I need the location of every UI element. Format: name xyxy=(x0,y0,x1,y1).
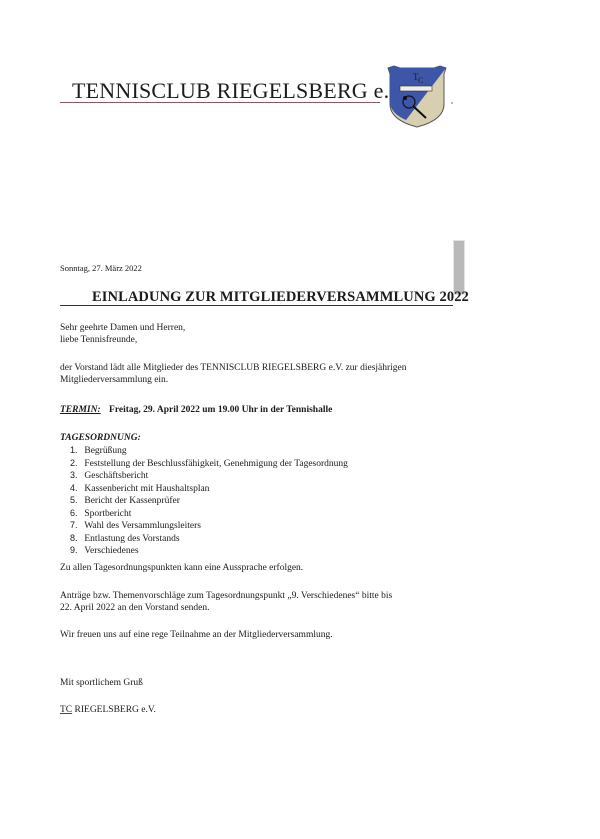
header-divider xyxy=(60,102,380,103)
salutation: Sehr geehrte Damen und Herren, liebe Ten… xyxy=(60,323,185,346)
signature-rest: RIEGELSBERG e.V. xyxy=(72,705,156,715)
proposals-line-1: Anträge bzw. Themenvorschläge zum Tageso… xyxy=(60,591,392,603)
agenda-item: 3. Geschäftsbericht xyxy=(70,470,348,483)
termin-value: Freitag, 29. April 2022 um 19.00 Uhr in … xyxy=(109,405,332,415)
termin-line: TERMIN: Freitag, 29. April 2022 um 19.00… xyxy=(60,405,332,415)
agenda-list: 1. Begrüßung 2. Feststellung der Beschlu… xyxy=(70,445,348,558)
agenda-label: TAGESORDNUNG: xyxy=(60,433,141,443)
agenda-item: 2. Feststellung der Beschlussfähigkeit, … xyxy=(70,458,348,471)
signature: TC RIEGELSBERG e.V. xyxy=(60,705,156,717)
agenda-item: 6. Sportbericht xyxy=(70,508,348,521)
agenda-item: 8. Entlastung des Vorstands xyxy=(70,533,348,546)
intro-line-2: Mitgliederversammlung ein. xyxy=(60,375,407,387)
salutation-line-1: Sehr geehrte Damen und Herren, xyxy=(60,323,185,335)
scrollbar-thumb[interactable] xyxy=(453,240,465,295)
salutation-line-2: liebe Tennisfreunde, xyxy=(60,335,185,347)
agenda-item: 9. Verschiedenes xyxy=(70,545,348,558)
signature-tc: TC xyxy=(60,705,72,715)
agenda-item: 5. Bericht der Kassenprüfer xyxy=(70,495,348,508)
intro-line-1: der Vorstand lädt alle Mitglieder des TE… xyxy=(60,363,407,375)
proposals-paragraph: Anträge bzw. Themenvorschläge zum Tageso… xyxy=(60,591,392,614)
proposals-line-2: 22. April 2022 an den Vorstand senden. xyxy=(60,603,392,615)
agenda-item: 1. Begrüßung xyxy=(70,445,348,458)
letter-title: EINLADUNG ZUR MITGLIEDERVERSAMMLUNG 2022 xyxy=(92,289,469,306)
title-divider xyxy=(60,305,453,306)
closing-note: Wir freuen uns auf eine rege Teilnahme a… xyxy=(60,630,333,642)
discussion-note: Zu allen Tagesordnungspunkten kann eine … xyxy=(60,563,303,575)
club-name-header: TENNISCLUB RIEGELSBERG e.V. xyxy=(72,78,408,104)
tennis-club-crest-icon: T C xyxy=(386,64,448,128)
svg-text:C: C xyxy=(418,76,423,85)
termin-label: TERMIN: xyxy=(60,405,101,415)
greeting: Mit sportlichem Gruß xyxy=(60,678,143,690)
intro-paragraph: der Vorstand lädt alle Mitglieder des TE… xyxy=(60,363,407,386)
agenda-item: 7. Wahl des Versammlungsleiters xyxy=(70,520,348,533)
letter-date: Sonntag, 27. März 2022 xyxy=(60,263,142,273)
agenda-item: 4. Kassenbericht mit Haushaltsplan xyxy=(70,483,348,496)
decorative-dot xyxy=(451,102,453,104)
